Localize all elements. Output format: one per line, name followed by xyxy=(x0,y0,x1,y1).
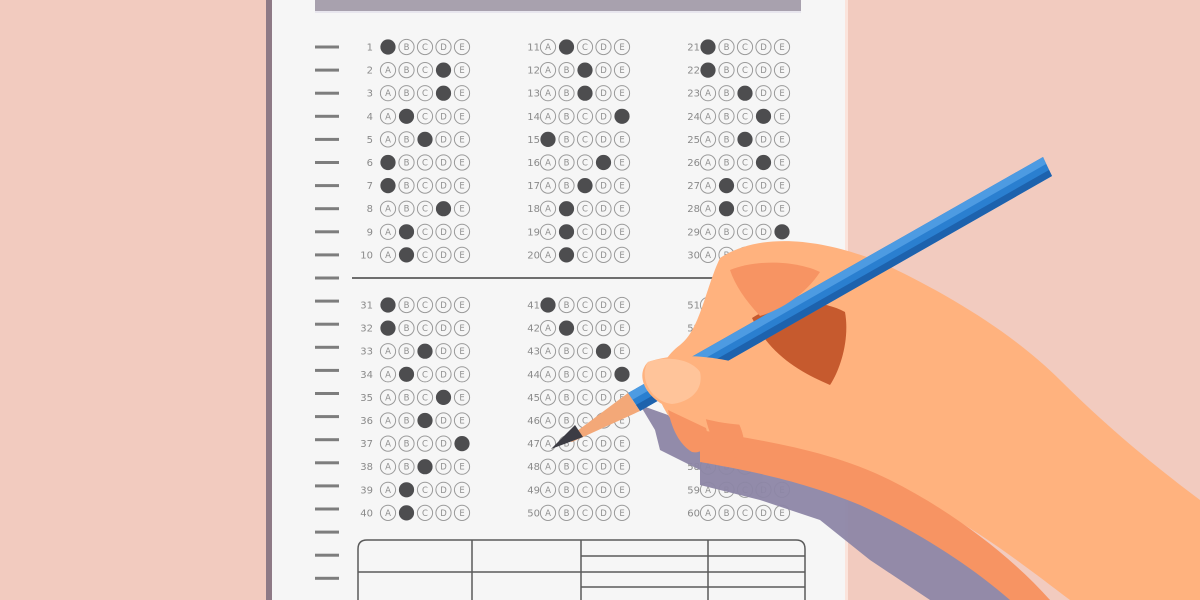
bubble-letter: B xyxy=(724,159,730,169)
bubble-letter: C xyxy=(742,66,748,76)
answer-bubble-b[interactable] xyxy=(399,247,414,262)
bubble-letter: B xyxy=(404,89,410,99)
bubble-letter: D xyxy=(600,440,607,450)
bubble-letter: A xyxy=(545,347,551,357)
question-number: 47 xyxy=(527,439,540,450)
bubble-letter: C xyxy=(422,486,428,496)
bubble-letter: D xyxy=(440,112,447,122)
bubble-letter: D xyxy=(760,205,767,215)
bubble-letter: D xyxy=(760,135,767,145)
question-number: 36 xyxy=(360,416,373,427)
bubble-letter: C xyxy=(742,159,748,169)
answer-bubble-a[interactable] xyxy=(540,297,555,312)
answer-bubble-d[interactable] xyxy=(756,155,771,170)
bubble-letter: B xyxy=(404,324,410,334)
bubble-letter: D xyxy=(600,509,607,519)
bubble-letter: B xyxy=(724,112,730,122)
answer-bubble-d[interactable] xyxy=(436,390,451,405)
question-number: 9 xyxy=(367,227,373,238)
bubble-letter: E xyxy=(459,509,464,519)
bubble-letter: A xyxy=(545,251,551,261)
bubble-letter: C xyxy=(422,324,428,334)
answer-bubble-e[interactable] xyxy=(614,367,629,382)
bubble-letter: A xyxy=(545,43,551,53)
bubble-letter: B xyxy=(404,182,410,192)
question-number: 2 xyxy=(367,66,373,77)
question-number: 28 xyxy=(687,204,700,215)
answer-bubble-a[interactable] xyxy=(380,39,395,54)
bubble-letter: E xyxy=(779,205,784,215)
bubble-letter: B xyxy=(564,112,570,122)
bubble-letter: C xyxy=(582,370,588,380)
bubble-letter: D xyxy=(600,301,607,311)
bubble-letter: A xyxy=(545,324,551,334)
answer-bubble-a[interactable] xyxy=(380,178,395,193)
bubble-letter: A xyxy=(545,370,551,380)
bubble-letter: D xyxy=(440,417,447,427)
answer-bubble-b[interactable] xyxy=(559,39,574,54)
timing-mark xyxy=(315,531,339,534)
bubble-letter: E xyxy=(459,182,464,192)
bubble-letter: C xyxy=(582,112,588,122)
bubble-letter: E xyxy=(459,205,464,215)
bubble-letter: E xyxy=(459,159,464,169)
bubble-letter: C xyxy=(582,205,588,215)
question-number: 33 xyxy=(360,347,373,358)
question-number: 35 xyxy=(360,393,373,404)
question-number: 43 xyxy=(527,347,540,358)
bubble-letter: B xyxy=(564,463,570,473)
answer-bubble-a[interactable] xyxy=(700,63,715,78)
question-number: 32 xyxy=(360,324,373,335)
bubble-letter: D xyxy=(440,251,447,261)
bubble-letter: E xyxy=(619,43,624,53)
bubble-letter: E xyxy=(459,135,464,145)
answer-bubble-a[interactable] xyxy=(380,155,395,170)
bubble-letter: E xyxy=(779,66,784,76)
bubble-letter: A xyxy=(385,66,391,76)
answer-bubble-c[interactable] xyxy=(417,413,432,428)
bubble-letter: E xyxy=(459,251,464,261)
bubble-letter: D xyxy=(600,66,607,76)
bubble-letter: E xyxy=(779,509,784,519)
bubble-letter: C xyxy=(422,228,428,238)
answer-bubble-a[interactable] xyxy=(700,39,715,54)
bubble-letter: A xyxy=(385,509,391,519)
question-number: 19 xyxy=(527,227,540,238)
bubble-letter: C xyxy=(582,509,588,519)
bubble-letter: C xyxy=(582,135,588,145)
timing-mark xyxy=(315,484,339,487)
bubble-letter: E xyxy=(619,301,624,311)
bubble-letter: B xyxy=(724,43,730,53)
bubble-letter: A xyxy=(385,370,391,380)
bubble-letter: E xyxy=(779,159,784,169)
question-number: 40 xyxy=(360,508,373,519)
bubble-letter: D xyxy=(600,112,607,122)
bubble-letter: D xyxy=(600,43,607,53)
timing-mark xyxy=(315,253,339,256)
timing-mark xyxy=(315,577,339,580)
bubble-letter: D xyxy=(600,135,607,145)
question-number: 18 xyxy=(527,204,540,215)
bubble-letter: A xyxy=(385,463,391,473)
question-number: 24 xyxy=(687,112,700,123)
answer-bubble-c[interactable] xyxy=(577,63,592,78)
question-number: 50 xyxy=(527,508,540,519)
answer-bubble-b[interactable] xyxy=(399,109,414,124)
bubble-letter: B xyxy=(404,393,410,403)
bubble-letter: A xyxy=(545,463,551,473)
question-number: 30 xyxy=(687,250,700,261)
bubble-letter: C xyxy=(742,112,748,122)
answer-bubble-b[interactable] xyxy=(719,201,734,216)
answer-bubble-d[interactable] xyxy=(756,109,771,124)
timing-mark xyxy=(315,230,339,233)
answer-bubble-e[interactable] xyxy=(454,436,469,451)
bubble-letter: A xyxy=(545,205,551,215)
bubble-letter: A xyxy=(545,509,551,519)
answer-bubble-b[interactable] xyxy=(399,505,414,520)
bubble-letter: E xyxy=(459,324,464,334)
bubble-letter: C xyxy=(422,301,428,311)
bubble-letter: B xyxy=(564,159,570,169)
bubble-letter: C xyxy=(582,43,588,53)
bubble-letter: B xyxy=(564,509,570,519)
timing-mark xyxy=(315,461,339,464)
bubble-letter: D xyxy=(760,43,767,53)
bubble-letter: D xyxy=(600,228,607,238)
bubble-letter: E xyxy=(459,228,464,238)
bubble-letter: A xyxy=(705,509,711,519)
bubble-letter: A xyxy=(385,393,391,403)
bubble-letter: A xyxy=(545,393,551,403)
bubble-letter: D xyxy=(440,370,447,380)
bubble-letter: E xyxy=(619,89,624,99)
timing-mark xyxy=(315,554,339,557)
answer-bubble-b[interactable] xyxy=(399,482,414,497)
bubble-letter: E xyxy=(619,66,624,76)
bubble-letter: E xyxy=(459,486,464,496)
bubble-letter: A xyxy=(545,440,551,450)
bubble-letter: D xyxy=(760,182,767,192)
question-number: 15 xyxy=(527,135,540,146)
bubble-letter: A xyxy=(545,486,551,496)
answer-bubble-a[interactable] xyxy=(540,132,555,147)
bubble-letter: C xyxy=(422,66,428,76)
question-number: 16 xyxy=(527,158,540,169)
bubble-letter: E xyxy=(779,89,784,99)
bubble-letter: A xyxy=(385,251,391,261)
bubble-letter: C xyxy=(422,509,428,519)
timing-mark xyxy=(315,508,339,511)
bubble-letter: C xyxy=(582,347,588,357)
bubble-letter: A xyxy=(545,89,551,99)
bubble-letter: C xyxy=(422,89,428,99)
bubble-letter: E xyxy=(619,463,624,473)
bubble-letter: C xyxy=(582,228,588,238)
bubble-letter: B xyxy=(564,393,570,403)
bubble-letter: A xyxy=(385,347,391,357)
question-number: 45 xyxy=(527,393,540,404)
question-number: 46 xyxy=(527,416,540,427)
bubble-letter: C xyxy=(582,486,588,496)
bubble-letter: B xyxy=(724,66,730,76)
answer-bubble-c[interactable] xyxy=(577,86,592,101)
bubble-letter: D xyxy=(600,182,607,192)
bubble-letter: A xyxy=(545,112,551,122)
bubble-letter: E xyxy=(619,486,624,496)
bubble-letter: C xyxy=(582,393,588,403)
timing-mark xyxy=(315,277,339,280)
bubble-letter: B xyxy=(564,347,570,357)
question-number: 42 xyxy=(527,324,540,335)
question-number: 13 xyxy=(527,89,540,100)
bubble-letter: E xyxy=(619,135,624,145)
timing-mark xyxy=(315,392,339,395)
answer-bubble-e[interactable] xyxy=(774,224,789,239)
timing-mark xyxy=(315,69,339,72)
answer-bubble-b[interactable] xyxy=(399,224,414,239)
question-number: 4 xyxy=(367,112,373,123)
answer-bubble-d[interactable] xyxy=(596,344,611,359)
bubble-letter: D xyxy=(440,486,447,496)
bubble-letter: B xyxy=(724,509,730,519)
answer-bubble-a[interactable] xyxy=(380,297,395,312)
question-number: 59 xyxy=(687,485,700,496)
timing-mark xyxy=(315,369,339,372)
bubble-letter: C xyxy=(422,440,428,450)
bubble-letter: C xyxy=(582,324,588,334)
bubble-letter: E xyxy=(459,393,464,403)
bubble-letter: B xyxy=(404,66,410,76)
bubble-letter: E xyxy=(459,89,464,99)
bubble-letter: E xyxy=(619,509,624,519)
bubble-letter: C xyxy=(422,393,428,403)
bubble-letter: B xyxy=(404,159,410,169)
bubble-letter: A xyxy=(545,66,551,76)
question-number: 10 xyxy=(360,250,373,261)
bubble-letter: E xyxy=(619,159,624,169)
question-number: 39 xyxy=(360,485,373,496)
bubble-letter: B xyxy=(564,66,570,76)
bubble-letter: B xyxy=(564,370,570,380)
question-number: 27 xyxy=(687,181,700,192)
bubble-letter: C xyxy=(582,301,588,311)
bubble-letter: E xyxy=(619,205,624,215)
bubble-letter: E xyxy=(459,43,464,53)
bubble-letter: B xyxy=(564,89,570,99)
answer-bubble-c[interactable] xyxy=(417,132,432,147)
bubble-letter: B xyxy=(564,417,570,427)
bubble-letter: E xyxy=(619,182,624,192)
question-number: 34 xyxy=(360,370,373,381)
bubble-letter: E xyxy=(459,112,464,122)
bubble-letter: A xyxy=(705,251,711,261)
question-number: 41 xyxy=(527,301,540,312)
bubble-letter: B xyxy=(404,301,410,311)
bubble-letter: D xyxy=(440,463,447,473)
bubble-letter: A xyxy=(705,205,711,215)
answer-bubble-b[interactable] xyxy=(399,367,414,382)
bubble-letter: B xyxy=(724,135,730,145)
bubble-letter: D xyxy=(440,509,447,519)
bubble-letter: D xyxy=(440,347,447,357)
bubble-letter: E xyxy=(619,440,624,450)
bubble-letter: C xyxy=(742,228,748,238)
bubble-letter: C xyxy=(742,205,748,215)
bubble-letter: C xyxy=(422,205,428,215)
question-number: 5 xyxy=(367,135,373,146)
header-bar-highlight xyxy=(315,11,801,13)
answer-bubble-b[interactable] xyxy=(559,201,574,216)
bubble-letter: E xyxy=(459,463,464,473)
question-number: 1 xyxy=(367,43,373,54)
question-number: 17 xyxy=(527,181,540,192)
bubble-letter: C xyxy=(422,159,428,169)
answer-bubble-b[interactable] xyxy=(559,321,574,336)
bubble-letter: A xyxy=(385,112,391,122)
question-number: 23 xyxy=(687,89,700,100)
bubble-letter: D xyxy=(600,205,607,215)
bubble-letter: C xyxy=(422,182,428,192)
timing-mark xyxy=(315,346,339,349)
bubble-letter: E xyxy=(619,251,624,261)
bubble-letter: D xyxy=(440,135,447,145)
bubble-letter: B xyxy=(404,43,410,53)
answer-bubble-b[interactable] xyxy=(719,178,734,193)
bubble-letter: D xyxy=(440,440,447,450)
question-number: 6 xyxy=(367,158,373,169)
bubble-letter: D xyxy=(440,43,447,53)
bubble-letter: D xyxy=(440,182,447,192)
bubble-letter: A xyxy=(705,228,711,238)
bubble-letter: A xyxy=(385,486,391,496)
bubble-letter: C xyxy=(742,509,748,519)
bubble-letter: D xyxy=(760,66,767,76)
timing-mark xyxy=(315,92,339,95)
timing-mark xyxy=(315,184,339,187)
question-number: 21 xyxy=(687,43,700,54)
question-number: 60 xyxy=(687,508,700,519)
question-number: 12 xyxy=(527,66,540,77)
timing-mark xyxy=(315,415,339,418)
timing-mark xyxy=(315,138,339,141)
bubble-letter: B xyxy=(564,301,570,311)
illustration-stage: 1BCDE2ABCE3ABCE4ACDE5ABDE6BCDE7BCDE8ABCE… xyxy=(0,0,1200,600)
bubble-letter: B xyxy=(404,417,410,427)
question-number: 7 xyxy=(367,181,373,192)
header-bar xyxy=(315,0,801,11)
answer-bubble-c[interactable] xyxy=(417,344,432,359)
bubble-letter: E xyxy=(459,347,464,357)
bubble-letter: D xyxy=(600,393,607,403)
question-number: 25 xyxy=(687,135,700,146)
bubble-letter: E xyxy=(459,370,464,380)
bubble-letter: A xyxy=(385,440,391,450)
answer-bubble-d[interactable] xyxy=(436,201,451,216)
bubble-letter: E xyxy=(619,228,624,238)
bubble-letter: E xyxy=(459,417,464,427)
question-number: 44 xyxy=(527,370,540,381)
question-number: 29 xyxy=(687,227,700,238)
bubble-letter: B xyxy=(564,182,570,192)
bubble-letter: C xyxy=(582,159,588,169)
bubble-letter: B xyxy=(724,228,730,238)
bubble-letter: D xyxy=(760,89,767,99)
bubble-letter: B xyxy=(724,89,730,99)
answer-bubble-c[interactable] xyxy=(737,132,752,147)
bubble-letter: A xyxy=(545,228,551,238)
paper-left-edge xyxy=(266,0,272,600)
timing-mark xyxy=(315,207,339,210)
bubble-letter: E xyxy=(779,135,784,145)
bubble-letter: D xyxy=(600,251,607,261)
question-number: 11 xyxy=(527,43,540,54)
bubble-letter: A xyxy=(705,89,711,99)
question-number: 20 xyxy=(527,250,540,261)
answer-bubble-d[interactable] xyxy=(436,63,451,78)
answer-bubble-c[interactable] xyxy=(577,178,592,193)
answer-bubble-d[interactable] xyxy=(596,155,611,170)
bubble-letter: D xyxy=(600,89,607,99)
answer-bubble-b[interactable] xyxy=(559,224,574,239)
question-number: 48 xyxy=(527,462,540,473)
bubble-letter: C xyxy=(422,251,428,261)
timing-mark xyxy=(315,300,339,303)
bubble-letter: E xyxy=(459,66,464,76)
bubble-letter: B xyxy=(564,135,570,145)
answer-bubble-c[interactable] xyxy=(737,86,752,101)
question-number: 14 xyxy=(527,112,540,123)
answer-bubble-c[interactable] xyxy=(417,459,432,474)
question-number: 49 xyxy=(527,485,540,496)
bubble-letter: C xyxy=(422,112,428,122)
timing-mark xyxy=(315,438,339,441)
bubble-letter: D xyxy=(760,228,767,238)
bubble-letter: C xyxy=(582,251,588,261)
bubble-letter: A xyxy=(385,135,391,145)
answer-bubble-e[interactable] xyxy=(614,109,629,124)
bubble-letter: C xyxy=(742,182,748,192)
bubble-letter: B xyxy=(404,135,410,145)
bubble-letter: A xyxy=(545,417,551,427)
bubble-letter: A xyxy=(545,159,551,169)
bubble-letter: B xyxy=(404,440,410,450)
question-number: 51 xyxy=(687,301,700,312)
bubble-letter: D xyxy=(760,509,767,519)
bubble-letter: E xyxy=(619,324,624,334)
bubble-letter: D xyxy=(440,159,447,169)
answer-bubble-b[interactable] xyxy=(559,247,574,262)
bubble-letter: B xyxy=(404,205,410,215)
answer-bubble-d[interactable] xyxy=(436,86,451,101)
bubble-letter: C xyxy=(582,463,588,473)
question-number: 3 xyxy=(367,89,373,100)
bubble-letter: B xyxy=(404,347,410,357)
answer-sheet-illustration: 1BCDE2ABCE3ABCE4ACDE5ABDE6BCDE7BCDE8ABCE… xyxy=(0,0,1200,600)
bubble-letter: E xyxy=(459,301,464,311)
bubble-letter: D xyxy=(440,324,447,334)
timing-mark xyxy=(315,115,339,118)
bubble-letter: E xyxy=(619,347,624,357)
question-number: 38 xyxy=(360,462,373,473)
bubble-letter: D xyxy=(440,228,447,238)
answer-bubble-a[interactable] xyxy=(380,321,395,336)
bubble-letter: B xyxy=(564,486,570,496)
bubble-letter: D xyxy=(600,370,607,380)
bubble-letter: E xyxy=(779,182,784,192)
